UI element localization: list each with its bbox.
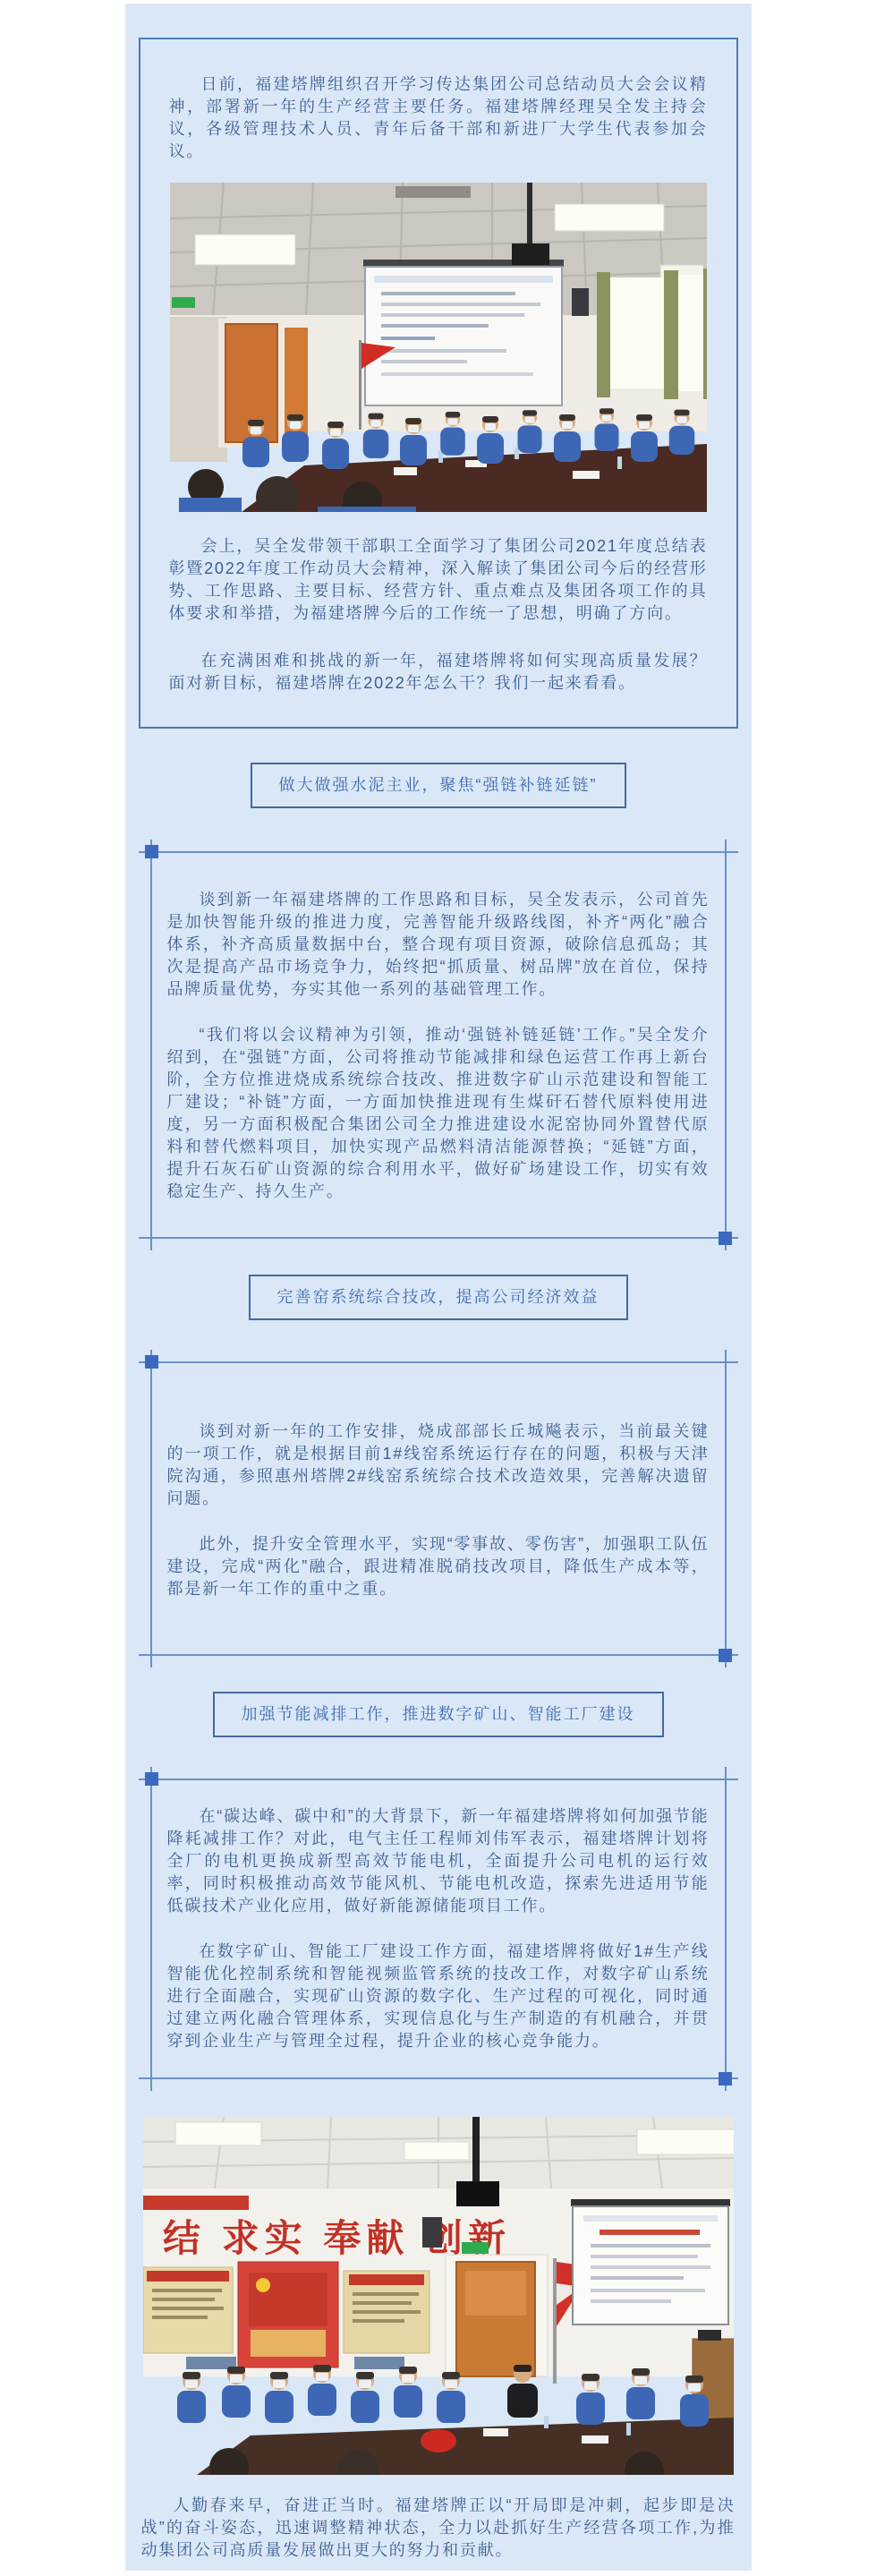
corner-line-left xyxy=(150,1767,152,2091)
ceiling xyxy=(143,2117,734,2188)
section-card-1: 谈到新一年福建塔牌的工作思路和目标，吴全发表示，公司首先是加快智能升级的推进力度… xyxy=(139,851,738,1239)
corner-line-bottom xyxy=(139,2077,738,2079)
section-banner-3: 加强节能减排工作，推进数字矿山、智能工厂建设 xyxy=(213,1692,664,1737)
windows xyxy=(597,269,707,399)
section1-paragraph-1: 谈到新一年福建塔牌的工作思路和目标，吴全发表示，公司首先是加快智能升级的推进力度… xyxy=(167,889,710,1001)
corner-line-right xyxy=(725,1767,727,2091)
red-helmet xyxy=(421,2429,456,2452)
projection-screen xyxy=(571,2199,730,2324)
corner-line-top xyxy=(139,1361,738,1363)
corner-line-top xyxy=(139,1778,738,1780)
intro-paragraph-1: 日前，福建塔牌组织召开学习传达集团公司总结动员大会会议精神，部署新一年的生产经营… xyxy=(169,73,708,163)
corner-square-bottomright xyxy=(719,1232,732,1245)
article-panel: 日前，福建塔牌组织召开学习传达集团公司总结动员大会会议精神，部署新一年的生产经营… xyxy=(125,4,752,2571)
wall-speaker xyxy=(422,2217,442,2248)
closing-paragraph: 人勤春来早，奋进正当时。福建塔牌正以“开局即是冲刺，起步即是决战”的奋斗姿态，迅… xyxy=(141,2495,736,2562)
meeting-photo-1[interactable] xyxy=(170,183,707,512)
corner-line-bottom xyxy=(139,1654,738,1656)
projection-screen xyxy=(363,260,564,405)
poster-boards xyxy=(143,2262,429,2369)
corner-line-right xyxy=(725,1350,727,1668)
section2-paragraph-2: 此外，提升安全管理水平，实现“零事故、零伤害”，加强职工队伍建设，完成“两化”融… xyxy=(167,1533,710,1600)
corner-square-topleft xyxy=(145,1772,158,1786)
intro-paragraph-2: 会上，吴全发带领干部职工全面学习了集团公司2021年度总结表彰暨2022年度工作… xyxy=(169,535,708,625)
wall-speaker xyxy=(572,288,589,316)
door xyxy=(446,2255,548,2376)
section-card-2: 谈到对新一年的工作安排，烧成部部长丘城飚表示，当前最关键的一项工作，就是根据目前… xyxy=(139,1361,738,1656)
section-banner-1: 做大做强水泥主业，聚焦“强链补链延链” xyxy=(251,763,626,808)
section3-paragraph-2: 在数字矿山、智能工厂建设工作方面，福建塔牌将做好1#生产线智能优化控制系统和智能… xyxy=(167,1941,710,2052)
intro-card: 日前，福建塔牌组织召开学习传达集团公司总结动员大会会议精神，部署新一年的生产经营… xyxy=(139,38,738,729)
section-card-3: 在“碳达峰、碳中和”的大背景下，新一年福建塔牌将如何加强节能降耗减排工作？对此，… xyxy=(139,1778,738,2079)
meeting-photo-2[interactable]: 结 求实 奉献 创新 xyxy=(143,2117,734,2475)
corner-line-left xyxy=(150,840,152,1250)
corner-line-top xyxy=(139,851,738,853)
section3-paragraph-1: 在“碳达峰、碳中和”的大背景下，新一年福建塔牌将如何加强节能降耗减排工作？对此，… xyxy=(167,1805,710,1917)
corner-line-right xyxy=(725,840,727,1250)
corner-square-topleft xyxy=(145,845,158,858)
section1-paragraph-2: “我们将以会议精神为引领，推动‘强链补链延链’工作。”吴全发介绍到，在“强链”方… xyxy=(167,1024,710,1203)
corner-square-bottomright xyxy=(719,1649,732,1662)
staff-row xyxy=(177,2365,734,2475)
corner-square-topleft xyxy=(145,1355,158,1369)
corner-line-left xyxy=(150,1350,152,1668)
section-banner-2: 完善窑系统综合技改，提高公司经济效益 xyxy=(249,1275,628,1320)
corner-line-bottom xyxy=(139,1237,738,1239)
intro-paragraph-3: 在充满困难和挑战的新一年，福建塔牌将如何实现高质量发展？面对新目标，福建塔牌在2… xyxy=(169,650,708,695)
section2-paragraph-1: 谈到对新一年的工作安排，烧成部部长丘城飚表示，当前最关键的一项工作，就是根据目前… xyxy=(167,1420,710,1510)
corner-square-bottomright xyxy=(719,2072,732,2086)
article-page: 日前，福建塔牌组织召开学习传达集团公司总结动员大会会议精神，部署新一年的生产经营… xyxy=(0,0,876,2576)
slogan-text: 结 求实 奉献 创新 xyxy=(163,2217,511,2259)
exit-sign xyxy=(462,2242,489,2254)
